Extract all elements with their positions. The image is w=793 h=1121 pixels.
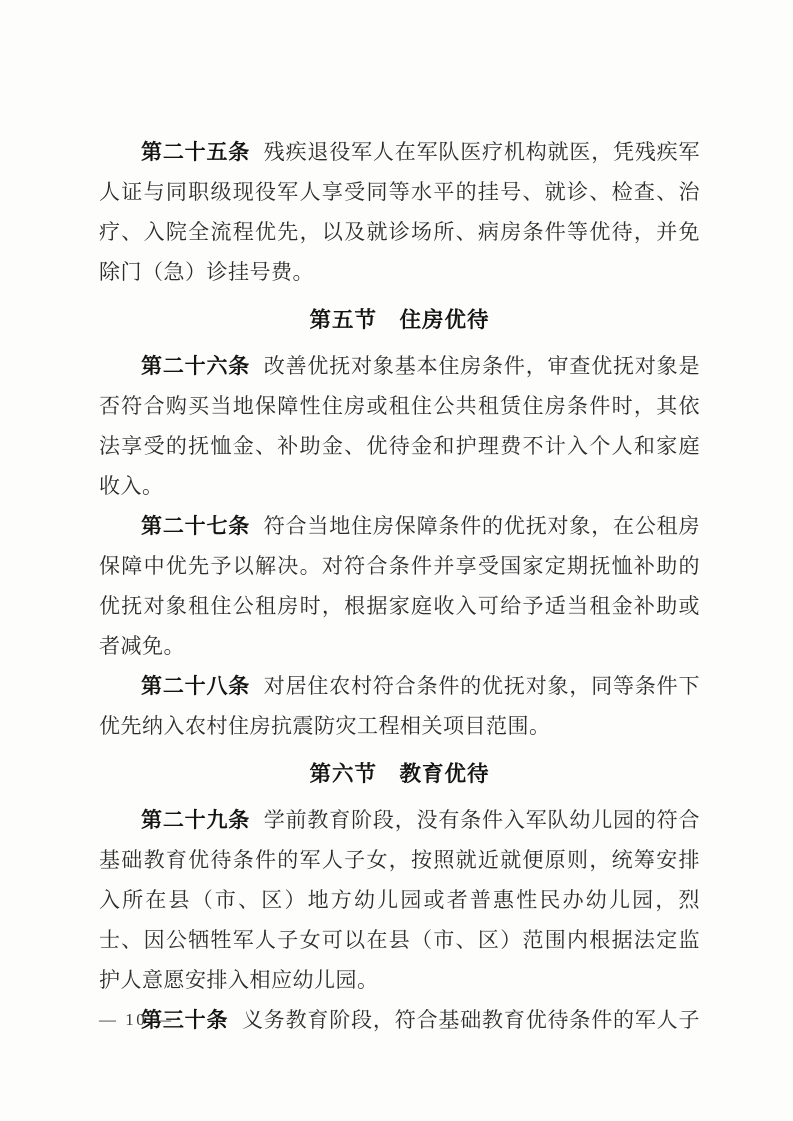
page-content: 第二十五条残疾退役军人在军队医疗机构就医，凭残疾军人证与同职级现役军人享受同等水… bbox=[0, 0, 793, 1040]
section-5-heading: 第五节 住房优待 bbox=[99, 300, 700, 340]
article-25: 第二十五条残疾退役军人在军队医疗机构就医，凭残疾军人证与同职级现役军人享受同等水… bbox=[99, 132, 700, 292]
article-25-number: 第二十五条 bbox=[141, 140, 250, 164]
article-30-body: 义务教育阶段，符合基础教育优待条件的军人子 bbox=[242, 1008, 700, 1032]
article-30: 第三十条义务教育阶段，符合基础教育优待条件的军人子 bbox=[99, 1000, 700, 1040]
article-29-number: 第二十九条 bbox=[141, 808, 250, 832]
article-28: 第二十八条对居住农村符合条件的优抚对象，同等条件下优先纳入农村住房抗震防灾工程相… bbox=[99, 666, 700, 746]
scanned-document-page: 第二十五条残疾退役军人在军队医疗机构就医，凭残疾军人证与同职级现役军人享受同等水… bbox=[0, 0, 793, 1121]
page-number: — 10 — bbox=[99, 1008, 174, 1032]
section-6-heading: 第六节 教育优待 bbox=[99, 754, 700, 794]
article-26-number: 第二十六条 bbox=[141, 354, 250, 378]
article-26: 第二十六条改善优抚对象基本住房条件，审查优抚对象是否符合购买当地保障性住房或租住… bbox=[99, 346, 700, 506]
article-29: 第二十九条学前教育阶段，没有条件入军队幼儿园的符合基础教育优待条件的军人子女，按… bbox=[99, 800, 700, 1000]
article-28-number: 第二十八条 bbox=[141, 674, 250, 698]
article-27: 第二十七条符合当地住房保障条件的优抚对象，在公租房保障中优先予以解决。对符合条件… bbox=[99, 506, 700, 666]
article-27-number: 第二十七条 bbox=[141, 514, 250, 538]
article-29-body: 学前教育阶段，没有条件入军队幼儿园的符合基础教育优待条件的军人子女，按照就近就便… bbox=[99, 808, 700, 992]
